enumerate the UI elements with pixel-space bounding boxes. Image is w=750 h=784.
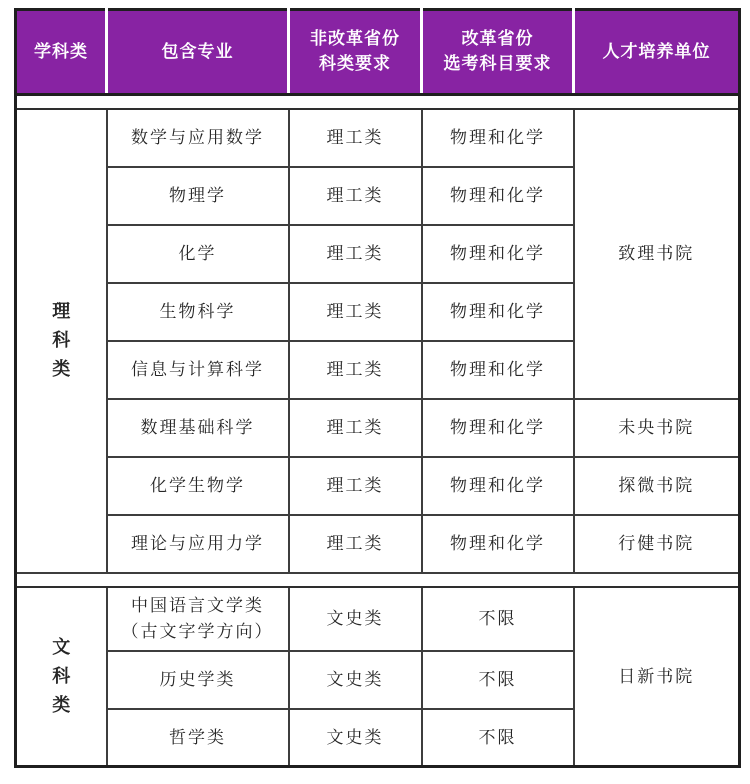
cell-major: 生物科学 [107, 283, 289, 341]
cell-category-science: 理科类 [16, 109, 107, 573]
cell-non-reform: 理工类 [289, 109, 422, 167]
cell-non-reform: 文史类 [289, 651, 422, 709]
cell-non-reform: 理工类 [289, 167, 422, 225]
cell-non-reform: 理工类 [289, 225, 422, 283]
header-reform-subject-requirement: 改革省份 选考科目要求 [422, 10, 574, 95]
cell-non-reform: 理工类 [289, 283, 422, 341]
table-row: 文科类 中国语言文学类 （古文字学方向） 文史类 不限 日新书院 [16, 587, 740, 651]
cell-reform: 物理和化学 [422, 399, 574, 457]
cell-major: 化学生物学 [107, 457, 289, 515]
cell-reform: 物理和化学 [422, 109, 574, 167]
cell-major: 信息与计算科学 [107, 341, 289, 399]
category-vertical-label: 文科类 [51, 633, 72, 719]
table-header-row: 学科类 包含专业 非改革省份 科类要求 改革省份 选考科目要求 人才培养单位 [16, 10, 740, 95]
category-vertical-label: 理科类 [51, 297, 72, 383]
header-training-unit: 人才培养单位 [574, 10, 740, 95]
cell-major: 化学 [107, 225, 289, 283]
cell-major: 物理学 [107, 167, 289, 225]
table-row: 理论与应用力学 理工类 物理和化学 行健书院 [16, 515, 740, 573]
cell-reform: 不限 [422, 587, 574, 651]
cell-reform: 物理和化学 [422, 341, 574, 399]
cell-unit-rixin: 日新书院 [574, 587, 740, 767]
cell-reform: 物理和化学 [422, 167, 574, 225]
table-row: 理科类 数学与应用数学 理工类 物理和化学 致理书院 [16, 109, 740, 167]
cell-reform: 不限 [422, 709, 574, 767]
section-spacer [16, 95, 740, 109]
cell-non-reform: 理工类 [289, 399, 422, 457]
cell-reform: 物理和化学 [422, 225, 574, 283]
cell-reform: 不限 [422, 651, 574, 709]
cell-unit-tanwei: 探微书院 [574, 457, 740, 515]
cell-category-liberal-arts: 文科类 [16, 587, 107, 767]
cell-non-reform: 理工类 [289, 515, 422, 573]
cell-unit-weiyang: 未央书院 [574, 399, 740, 457]
spacer-cell [16, 573, 740, 587]
cell-reform: 物理和化学 [422, 515, 574, 573]
cell-major: 中国语言文学类 （古文字学方向） [107, 587, 289, 651]
cell-major: 理论与应用力学 [107, 515, 289, 573]
cell-major: 历史学类 [107, 651, 289, 709]
section-spacer [16, 573, 740, 587]
cell-major: 哲学类 [107, 709, 289, 767]
page: 学科类 包含专业 非改革省份 科类要求 改革省份 选考科目要求 人才培养单位 理… [0, 0, 750, 784]
header-non-reform-requirement: 非改革省份 科类要求 [289, 10, 422, 95]
header-included-majors: 包含专业 [107, 10, 289, 95]
cell-non-reform: 理工类 [289, 457, 422, 515]
cell-reform: 物理和化学 [422, 283, 574, 341]
cell-unit-xingjian: 行健书院 [574, 515, 740, 573]
table-row: 化学生物学 理工类 物理和化学 探微书院 [16, 457, 740, 515]
admissions-table: 学科类 包含专业 非改革省份 科类要求 改革省份 选考科目要求 人才培养单位 理… [14, 8, 741, 768]
cell-non-reform: 理工类 [289, 341, 422, 399]
cell-non-reform: 文史类 [289, 709, 422, 767]
cell-non-reform: 文史类 [289, 587, 422, 651]
cell-major: 数学与应用数学 [107, 109, 289, 167]
cell-unit-zhili: 致理书院 [574, 109, 740, 399]
cell-reform: 物理和化学 [422, 457, 574, 515]
table-row: 数理基础科学 理工类 物理和化学 未央书院 [16, 399, 740, 457]
header-subject-category: 学科类 [16, 10, 107, 95]
cell-major: 数理基础科学 [107, 399, 289, 457]
spacer-cell [16, 95, 740, 109]
